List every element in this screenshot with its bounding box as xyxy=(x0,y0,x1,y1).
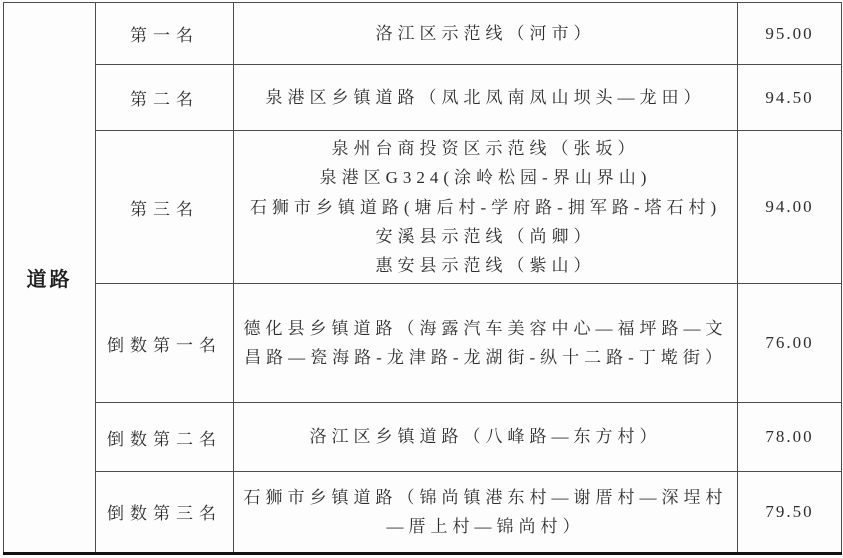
road-name-cell: 泉港区乡镇道路（凤北凤南凤山坝头—龙田） xyxy=(234,65,738,131)
rank-cell: 第三名 xyxy=(96,131,234,284)
rank-cell: 倒数第三名 xyxy=(96,471,234,553)
road-name-cell: 洛江区示范线（河市） xyxy=(234,3,738,65)
road-name-line: 安溪县示范线（尚卿） xyxy=(240,222,731,251)
score-cell: 95.00 xyxy=(738,3,842,65)
table-row: 倒数第三名 石狮市乡镇道路（锦尚镇港东村—谢厝村—深埕村—厝上村—锦尚村） 79… xyxy=(4,471,842,553)
road-name-line: 德化县乡镇道路（海露汽车美容中心—福坪路—文昌路—瓷海路-龙津路-龙湖街-纵十二… xyxy=(240,314,731,372)
score-cell: 76.00 xyxy=(738,284,842,403)
road-name-line: 泉州台商投资区示范线（张坂） xyxy=(240,134,731,163)
road-name-line: 惠安县示范线（紫山） xyxy=(240,251,731,280)
road-name-line: 洛江区乡镇道路（八峰路—东方村） xyxy=(240,422,731,451)
table-row: 倒数第二名 洛江区乡镇道路（八峰路—东方村） 78.00 xyxy=(4,403,842,471)
document-page: 道路 第一名 洛江区示范线（河市） 95.00 第二名 泉港区乡镇道路（凤北凤南… xyxy=(0,0,843,558)
road-name-cell: 德化县乡镇道路（海露汽车美容中心—福坪路—文昌路—瓷海路-龙津路-龙湖街-纵十二… xyxy=(234,284,738,403)
road-name-cell: 石狮市乡镇道路（锦尚镇港东村—谢厝村—深埕村—厝上村—锦尚村） xyxy=(234,471,738,553)
rank-cell: 第一名 xyxy=(96,3,234,65)
score-cell: 79.50 xyxy=(738,471,842,553)
road-name-line: 石狮市乡镇道路(塘后村-学府路-拥军路-塔石村) xyxy=(240,193,731,222)
category-cell-road: 道路 xyxy=(4,3,96,554)
rank-cell: 第二名 xyxy=(96,65,234,131)
score-cell: 78.00 xyxy=(738,403,842,471)
road-name-line: 泉港区G324(涂岭松园-界山界山) xyxy=(240,163,731,192)
table-row: 第二名 泉港区乡镇道路（凤北凤南凤山坝头—龙田） 94.50 xyxy=(4,65,842,131)
road-name-line: 石狮市乡镇道路（锦尚镇港东村—谢厝村—深埕村—厝上村—锦尚村） xyxy=(240,483,731,541)
rank-cell: 倒数第二名 xyxy=(96,403,234,471)
road-name-line: 泉港区乡镇道路（凤北凤南凤山坝头—龙田） xyxy=(240,83,731,112)
road-name-cell: 泉州台商投资区示范线（张坂） 泉港区G324(涂岭松园-界山界山) 石狮市乡镇道… xyxy=(234,131,738,284)
score-cell: 94.50 xyxy=(738,65,842,131)
score-cell: 94.00 xyxy=(738,131,842,284)
table-row: 第三名 泉州台商投资区示范线（张坂） 泉港区G324(涂岭松园-界山界山) 石狮… xyxy=(4,131,842,284)
road-ranking-table: 道路 第一名 洛江区示范线（河市） 95.00 第二名 泉港区乡镇道路（凤北凤南… xyxy=(3,2,842,555)
road-name-cell: 洛江区乡镇道路（八峰路—东方村） xyxy=(234,403,738,471)
table-row: 道路 第一名 洛江区示范线（河市） 95.00 xyxy=(4,3,842,65)
table-row: 倒数第一名 德化县乡镇道路（海露汽车美容中心—福坪路—文昌路—瓷海路-龙津路-龙… xyxy=(4,284,842,403)
road-name-line: 洛江区示范线（河市） xyxy=(240,19,731,48)
rank-cell: 倒数第一名 xyxy=(96,284,234,403)
